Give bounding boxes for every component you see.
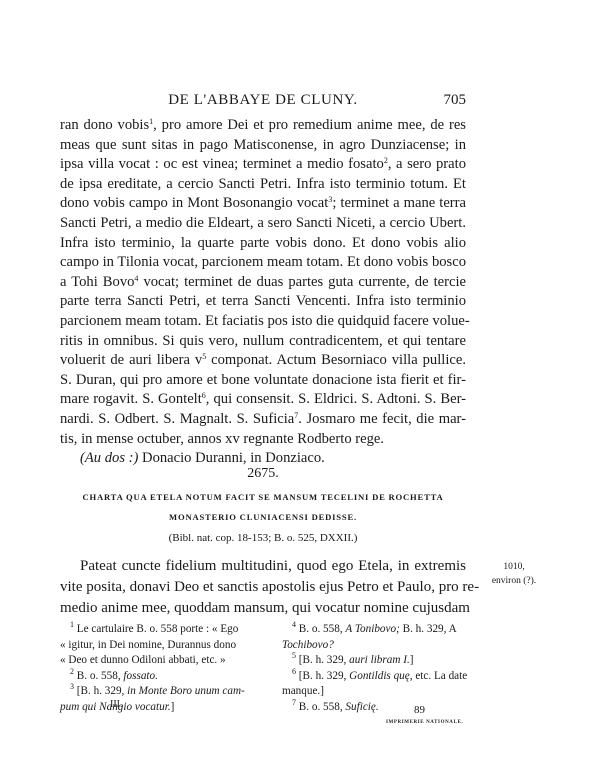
charter-text: Pateat cuncte fidelium multitudini, quod…	[60, 556, 466, 619]
footnote-italic: A Tonibovo;	[345, 623, 399, 635]
margin-date: 1010, environ (?).	[474, 560, 554, 588]
text-line: parcionem meam totam. Et faciatis pos is…	[60, 312, 466, 332]
charter-source: (Bibl. nat. cop. 18-153; B. o. 525, DXXI…	[60, 532, 466, 544]
footnote-text: ]	[410, 654, 414, 666]
footnotes-left-column: 1 Le cartulaire B. o. 558 porte : « Ego …	[60, 622, 264, 715]
text-line: de ipsa ereditate, a cercio Sancti Petri…	[60, 175, 466, 195]
footnote-continuation: Tochibovo?	[282, 638, 486, 654]
footnote-continuation: « igitur, in Dei nomine, Durannus dono	[60, 638, 264, 654]
margin-date-year: 1010,	[474, 560, 554, 574]
previous-charter-text: ran dono vobis1, pro amore Dei et pro re…	[60, 116, 466, 469]
footnote-italic: Suficię.	[345, 701, 378, 713]
footnote-italic: auri libram I.	[349, 654, 410, 666]
text-line: meas que sunt sitas in pago Matisconense…	[60, 136, 466, 156]
line-text: , a sero prato	[388, 156, 466, 172]
sheet-number: 89	[414, 704, 425, 716]
text-line: dono vobis campo in Mont Bosonangio voca…	[60, 194, 466, 214]
text-line: medio anime mee, quoddam mansum, qui voc…	[60, 598, 466, 619]
charter-number: 2675.	[60, 466, 466, 482]
charter-title-line: CHARTA QUA ETELA NOTUM FACIT SE MANSUM T…	[60, 487, 466, 507]
printer-imprint: IMPRIMERIE NATIONALE.	[386, 720, 463, 725]
footnote-text: , etc. La date	[410, 670, 467, 682]
margin-date-qualifier: environ (?).	[474, 574, 554, 588]
footnote: 3 [B. h. 329, in Monte Boro unum cam-	[60, 684, 264, 700]
footnote-text: B. o. 558,	[296, 623, 345, 635]
line-text: , qui consensit. S. Eldrici. S. Adtoni. …	[206, 391, 466, 407]
line-text: voluerit de auri libera v	[60, 352, 202, 368]
line-text: a Tohi Bovo	[60, 274, 134, 290]
text-line: Pateat cuncte fidelium multitudini, quod…	[60, 556, 466, 577]
footnote-continuation: pum qui Nangio vocatur.]	[60, 700, 264, 716]
text-line: campo in Tilonia vocat, parcionem meam t…	[60, 253, 466, 273]
book-page: DE L'ABBAYE DE CLUNY. 705 ran dono vobis…	[0, 0, 600, 780]
footnote-italic: Tochibovo?	[282, 639, 334, 651]
footnote-continuation: manque.]	[282, 684, 486, 700]
text-line: a Tohi Bovo4 vocat; terminet de duas par…	[60, 273, 466, 293]
text-line: Sancti Petri, a medio die Eldeart, a ser…	[60, 214, 466, 234]
footnote-text: B. o. 558,	[296, 701, 345, 713]
line-text: mare rogavit. S. Gontelt	[60, 391, 202, 407]
line-text: ipsa villa vocat : oc est vinea; termine…	[60, 156, 384, 172]
running-head: DE L'ABBAYE DE CLUNY. 705	[60, 92, 466, 112]
charter-title: CHARTA QUA ETELA NOTUM FACIT SE MANSUM T…	[60, 487, 466, 527]
running-title: DE L'ABBAYE DE CLUNY.	[60, 92, 466, 109]
text-line: vite posita, donavi Deo et sanctis apost…	[60, 577, 466, 598]
footnote-continuation: « Deo et dunno Odiloni abbati, etc. »	[60, 653, 264, 669]
footnote-italic: Gontildis quę	[349, 670, 410, 682]
text-line: mare rogavit. S. Gontelt6, qui consensit…	[60, 390, 466, 410]
line-text: , pro amore Dei et pro remedium anime me…	[153, 117, 466, 133]
line-text: ran dono vobis	[60, 117, 149, 133]
footnote: 2 B. o. 558, fossato.	[60, 669, 264, 685]
footnote: 5 [B. h. 329, auri libram I.]	[282, 653, 486, 669]
text-line: ran dono vobis1, pro amore Dei et pro re…	[60, 116, 466, 136]
footnote: 6 [B. h. 329, Gontildis quę, etc. La dat…	[282, 669, 486, 685]
endorsement-text: Donacio Duranni, in Donziaco.	[138, 450, 324, 466]
text-line: tis, in mense octuber, annos xv regnante…	[60, 430, 466, 450]
text-line: ipsa villa vocat : oc est vinea; termine…	[60, 155, 466, 175]
page-number: 705	[444, 92, 467, 109]
footnote-text: [B. h. 329,	[296, 670, 349, 682]
footnote-text: B. o. 558,	[74, 670, 123, 682]
signature-mark: III.	[110, 699, 123, 710]
text-line: Infra isto terminio, la quarte parte vob…	[60, 234, 466, 254]
text-line: parte terra Sancti Petri, et terra Sanct…	[60, 292, 466, 312]
charter-title-line: MONASTERIO CLUNIACENSI DEDISSE.	[60, 507, 466, 527]
text-line: voluerit de auri libera v5 componat. Act…	[60, 351, 466, 371]
footnote: 7 B. o. 558, Suficię.	[282, 700, 486, 716]
line-text: ; terminet a mane terra	[332, 195, 466, 211]
footnote-text: [B. h. 329,	[74, 685, 127, 697]
text-line: S. Duran, qui pro amore et bone voluntat…	[60, 371, 466, 391]
footnote-text: ]	[171, 701, 175, 713]
footnote-text: B. h. 329, A	[400, 623, 457, 635]
footnote-text: [B. h. 329,	[296, 654, 349, 666]
line-text: . Josmaro me fecit, die mar-	[298, 411, 466, 427]
footnotes-right-column: 4 B. o. 558, A Tonibovo; B. h. 329, A To…	[282, 622, 486, 715]
line-text: vocat; terminet de duas partes guta curr…	[138, 274, 466, 290]
text-line: nardi. S. Odbert. S. Magnalt. S. Suficia…	[60, 410, 466, 430]
footnote: 4 B. o. 558, A Tonibovo; B. h. 329, A	[282, 622, 486, 638]
footnote-italic: in Monte Boro unum cam-	[127, 685, 245, 697]
footnote-text: Le cartulaire B. o. 558 porte : « Ego	[74, 623, 238, 635]
line-text: componat. Actum Besorniaco villa pullice…	[206, 352, 466, 368]
line-text: dono vobis campo in Mont Bosonangio voca…	[60, 195, 328, 211]
line-text: nardi. S. Odbert. S. Magnalt. S. Suficia	[60, 411, 294, 427]
footnote: 1 Le cartulaire B. o. 558 porte : « Ego	[60, 622, 264, 638]
endorsement-label: (Au dos :)	[80, 450, 138, 466]
text-line: ritis in omnibus. Si quis vero, nullum c…	[60, 332, 466, 352]
footnote-italic: fossato.	[123, 670, 158, 682]
